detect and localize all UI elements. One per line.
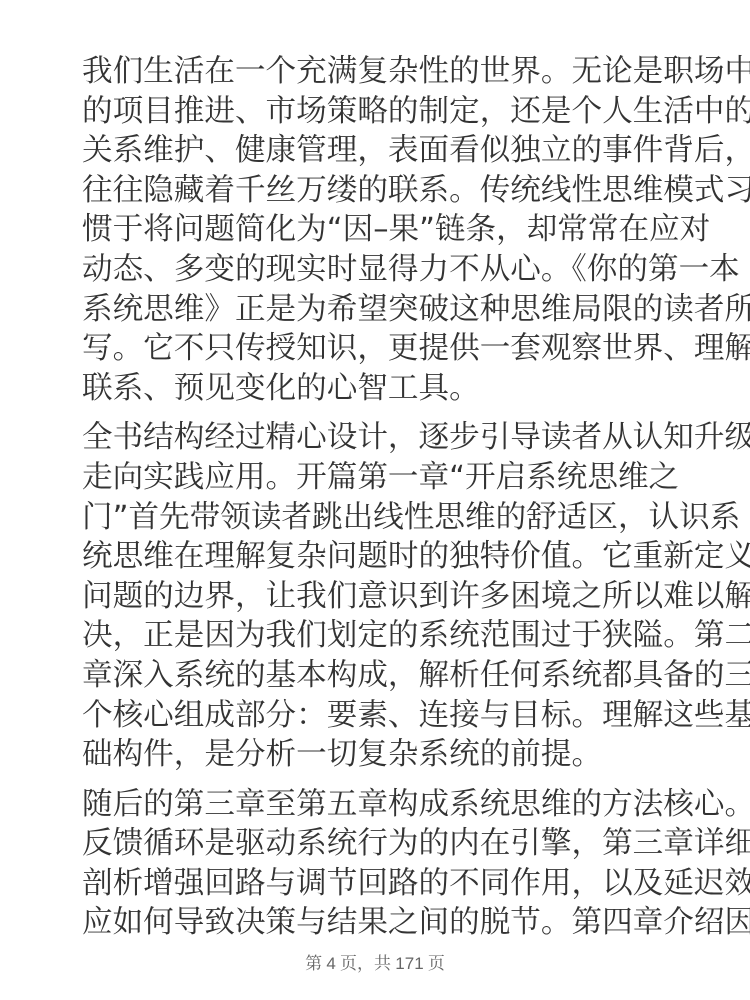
paragraph-1: 我们生活在一个充满复杂性的世界。无论是职场中 的项目推进、市场策略的制定，还是个… bbox=[82, 52, 666, 408]
text-line: 统思维在理解复杂问题时的独特价值。它重新定义 bbox=[82, 537, 666, 577]
footer-middle: 页，共 bbox=[336, 954, 396, 973]
paragraph-2: 全书结构经过精心设计，逐步引导读者从认知升级 走向实践应用。开篇第一章“开启系统… bbox=[82, 418, 666, 774]
text-line: 全书结构经过精心设计，逐步引导读者从认知升级 bbox=[82, 418, 666, 458]
text-line: 惯于将问题简化为“因–果”链条，却常常在应对 bbox=[82, 210, 666, 250]
text-line: 联系、预见变化的心智工具。 bbox=[82, 369, 666, 409]
total-page-count: 171 bbox=[395, 954, 423, 973]
text-line: 走向实践应用。开篇第一章“开启系统思维之 bbox=[82, 458, 666, 498]
text-line: 系统思维》正是为希望突破这种思维局限的读者所 bbox=[82, 290, 666, 330]
footer-prefix: 第 bbox=[305, 954, 326, 973]
text-line: 的项目推进、市场策略的制定，还是个人生活中的 bbox=[82, 92, 666, 132]
text-line: 关系维护、健康管理，表面看似独立的事件背后， bbox=[82, 131, 666, 171]
text-line: 写。它不只传授知识，更提供一套观察世界、理解 bbox=[82, 329, 666, 369]
text-line: 动态、多变的现实时显得力不从心。《你的第一本 bbox=[82, 250, 666, 290]
text-line: 我们生活在一个充满复杂性的世界。无论是职场中 bbox=[82, 52, 666, 92]
text-line: 往往隐藏着千丝万缕的联系。传统线性思维模式习 bbox=[82, 171, 666, 211]
text-line: 门”首先带领读者跳出线性思维的舒适区，认识系 bbox=[82, 498, 666, 538]
text-line: 应如何导致决策与结果之间的脱节。第四章介绍因 bbox=[82, 903, 666, 943]
text-line: 随后的第三章至第五章构成系统思维的方法核心。 bbox=[82, 785, 666, 825]
text-line: 个核心组成部分：要素、连接与目标。理解这些基 bbox=[82, 696, 666, 736]
text-line: 反馈循环是驱动系统行为的内在引擎，第三章详细 bbox=[82, 824, 666, 864]
text-line: 章深入系统的基本构成，解析任何系统都具备的三 bbox=[82, 656, 666, 696]
text-line: 问题的边界，让我们意识到许多困境之所以难以解 bbox=[82, 577, 666, 617]
text-line: 础构件，是分析一切复杂系统的前提。 bbox=[82, 735, 666, 775]
page-number-footer: 第 4 页，共 171 页 bbox=[0, 952, 750, 976]
document-page: 我们生活在一个充满复杂性的世界。无论是职场中 的项目推进、市场策略的制定，还是个… bbox=[0, 0, 750, 1000]
text-line: 剖析增强回路与调节回路的不同作用，以及延迟效 bbox=[82, 864, 666, 904]
text-line: 决，正是因为我们划定的系统范围过于狭隘。第二 bbox=[82, 616, 666, 656]
paragraph-3: 随后的第三章至第五章构成系统思维的方法核心。 反馈循环是驱动系统行为的内在引擎，… bbox=[82, 785, 666, 943]
footer-suffix: 页 bbox=[424, 954, 445, 973]
page-body: 我们生活在一个充满复杂性的世界。无论是职场中 的项目推进、市场策略的制定，还是个… bbox=[82, 52, 666, 953]
current-page-number: 4 bbox=[326, 954, 335, 973]
